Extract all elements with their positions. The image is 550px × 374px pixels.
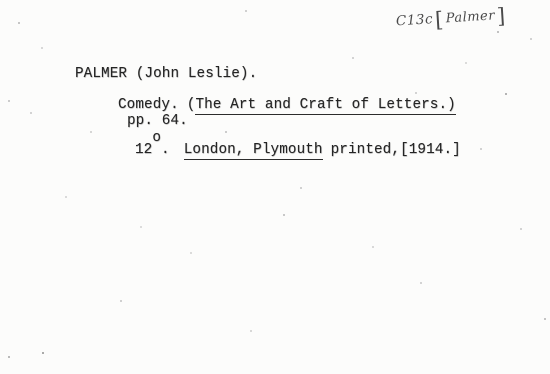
title-work: Comedy. bbox=[118, 97, 179, 113]
series-title-underlined: The Art and Craft of Letters.) bbox=[195, 97, 455, 115]
shelfmark-name: Palmer bbox=[445, 8, 495, 26]
shelfmark-bracket-open: [ bbox=[434, 8, 444, 32]
scan-noise-speckles bbox=[0, 0, 2, 2]
handwritten-shelfmark: C13c[Palmer] bbox=[395, 4, 508, 35]
shelfmark-classmark: C13c bbox=[396, 11, 434, 29]
format-separator: . bbox=[161, 142, 170, 158]
collation-line: pp. 64. bbox=[127, 113, 188, 130]
title-line: Comedy.(The Art and Craft of Letters.) bbox=[118, 97, 456, 114]
imprint-places-underlined: London, Plymouth bbox=[184, 142, 323, 160]
format-number: 12 bbox=[135, 142, 152, 158]
catalogue-card-scan: C13c[Palmer] PALMER (John Leslie). Comed… bbox=[0, 0, 550, 374]
imprint-line: 12o.London, Plymouthprinted,[1914.] bbox=[135, 142, 461, 159]
shelfmark-bracket-close: ] bbox=[496, 4, 506, 28]
imprint-rest: printed,[1914.] bbox=[331, 142, 461, 158]
format-superscript-o: o bbox=[152, 130, 161, 147]
author-heading: PALMER (John Leslie). bbox=[75, 66, 257, 83]
